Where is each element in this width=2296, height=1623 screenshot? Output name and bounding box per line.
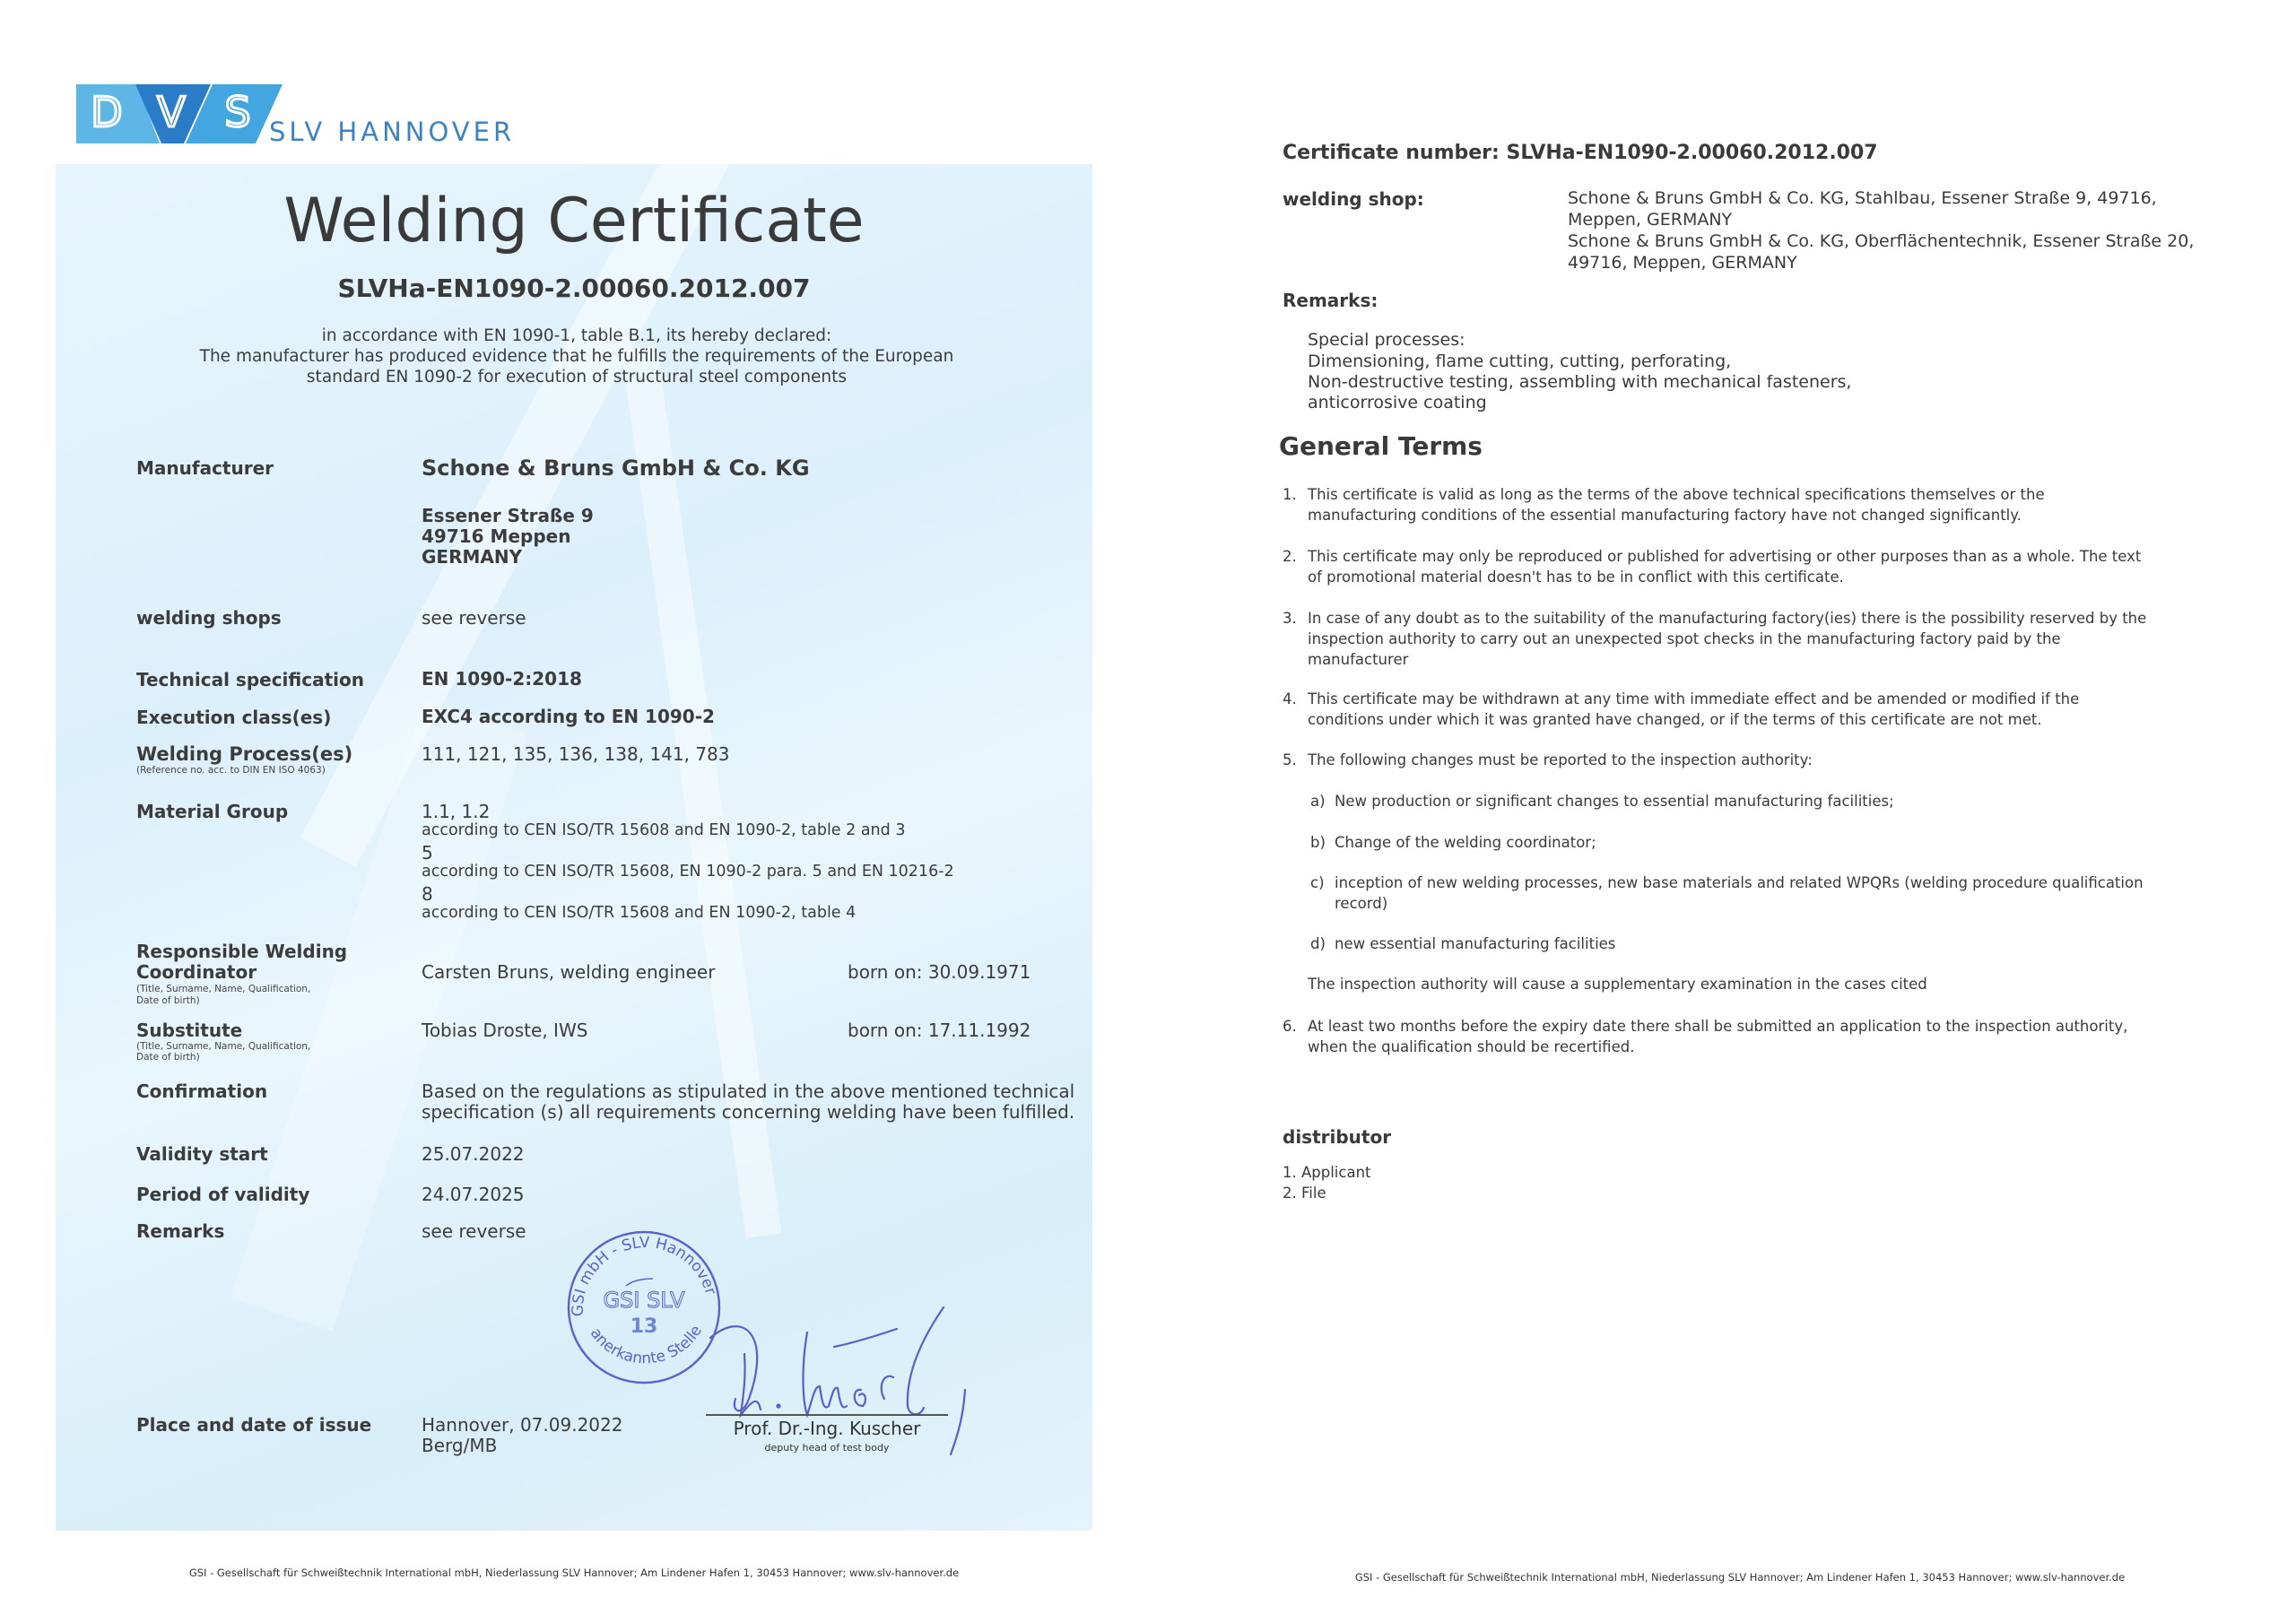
place-date-line: Hannover, 07.09.2022 [422, 1414, 622, 1436]
welding-shops-label: welding shops [136, 607, 282, 629]
subterm-line: Change of the welding coordinator; [1335, 834, 1596, 851]
certificate-number: SLVHa-EN1090-2.00060.2012.007 [56, 273, 1092, 303]
substitute-note: (Title, Surname, Name, Qualification, [136, 1041, 310, 1052]
welding-processes-note: (Reference no. acc. to DIN EN ISO 4063) [136, 765, 326, 776]
reverse-remarks-line: Non-destructive testing, assembling with… [1308, 372, 1851, 392]
subterm-letter: b) [1310, 834, 1326, 851]
term-line: This certificate may be withdrawn at any… [1308, 690, 2079, 707]
substitute-note: Date of birth) [136, 1052, 200, 1063]
term-number: 4. [1283, 690, 1297, 707]
material-group-label: Material Group [136, 801, 288, 822]
signatory-name: Prof. Dr.-Ing. Kuscher [706, 1418, 948, 1439]
coordinator-label: Coordinator [136, 961, 257, 983]
term-number: 2. [1283, 548, 1297, 565]
place-date-label: Place and date of issue [136, 1414, 371, 1436]
subterm-line: New production or significant changes to… [1335, 793, 1894, 810]
manufacturer-name: Schone & Bruns GmbH & Co. KG [422, 456, 810, 481]
reverse-remarks-line: Special processes: [1308, 330, 1465, 350]
term-line: This certificate may only be reproduced … [1308, 548, 2141, 565]
confirmation-line: Based on the regulations as stipulated i… [422, 1081, 1074, 1102]
execution-class-value: EXC4 according to EN 1090-2 [422, 706, 715, 727]
period-of-validity-label: Period of validity [136, 1184, 309, 1205]
manufacturer-label: Manufacturer [136, 457, 274, 479]
welding-shop-line: Schone & Bruns GmbH & Co. KG, Stahlbau, … [1568, 188, 2157, 208]
term-line: when the qualification should be recerti… [1308, 1038, 1634, 1055]
manufacturer-address-line: GERMANY [422, 546, 522, 568]
material-group-line: according to CEN ISO/TR 15608 and EN 109… [422, 821, 905, 839]
term-line: manufacturer [1308, 651, 1408, 668]
term-line: At least two months before the expiry da… [1308, 1018, 2127, 1035]
reverse-remarks-line: anticorrosive coating [1308, 393, 1487, 412]
substitute-birthdate: born on: 17.11.1992 [848, 1020, 1031, 1041]
manufacturer-address-line: 49716 Meppen [422, 525, 570, 547]
subterm-line: inception of new welding processes, new … [1335, 874, 2144, 891]
term-number: 3. [1283, 610, 1297, 627]
dvs-logo: D V S [76, 84, 283, 143]
execution-class-label: Execution class(es) [136, 707, 331, 728]
remarks-label: Remarks [136, 1220, 224, 1242]
coordinator-value: Carsten Bruns, welding engineer [422, 961, 715, 983]
material-group-line: according to CEN ISO/TR 15608, EN 1090-2… [422, 863, 954, 881]
substitute-label: Substitute [136, 1020, 242, 1041]
term-line: The following changes must be reported t… [1308, 751, 1813, 768]
distributor-item: 2. File [1283, 1185, 1326, 1202]
period-of-validity-value: 24.07.2025 [422, 1184, 525, 1205]
term-number: 5. [1283, 751, 1297, 768]
coordinator-birthdate: born on: 30.09.1971 [848, 961, 1031, 983]
subterm-line: new essential manufacturing facilities [1335, 935, 1615, 952]
substitute-value: Tobias Droste, IWS [422, 1020, 587, 1041]
reverse-remarks-label: Remarks: [1283, 290, 1378, 311]
term-line: In case of any doubt as to the suitabili… [1308, 610, 2146, 627]
coordinator-note: (Title, Surname, Name, Qualification, [136, 984, 310, 994]
welding-processes-label: Welding Process(es) [136, 743, 352, 765]
welding-shops-value: see reverse [422, 607, 526, 629]
manufacturer-address-line: Essener Straße 9 [422, 505, 594, 526]
welding-processes-value: 111, 121, 135, 136, 138, 141, 783 [422, 743, 730, 765]
reverse-page-footer: GSI - Gesellschaft für Schweißtechnik In… [1283, 1571, 2197, 1584]
reverse-remarks-line: Dimensioning, flame cutting, cutting, pe… [1308, 352, 1731, 371]
coordinator-note: Date of birth) [136, 995, 200, 1006]
term-line: of promotional material doesn't has to b… [1308, 568, 1844, 586]
term-line: conditions under which it was granted ha… [1308, 711, 2042, 728]
official-stamp: GSI mbH - SLV Hannover GSI SLV 13 anerka… [563, 1227, 725, 1388]
welding-shop-line: Schone & Bruns GmbH & Co. KG, Oberfläche… [1568, 231, 2194, 251]
validity-start-value: 25.07.2022 [422, 1143, 525, 1165]
subterm-letter: d) [1310, 935, 1326, 952]
material-group-line: 8 [422, 883, 433, 905]
general-terms-heading: General Terms [1279, 431, 1483, 461]
distributor-item: 1. Applicant [1283, 1164, 1371, 1181]
stamp-center-text: GSI SLV [604, 1288, 686, 1313]
term-line: This certificate is valid as long as the… [1308, 486, 2045, 503]
material-group-line: according to CEN ISO/TR 15608 and EN 109… [422, 904, 856, 922]
distributor-heading: distributor [1283, 1126, 1391, 1148]
term-number: 6. [1283, 1018, 1297, 1035]
logo-letter-s: S [224, 88, 250, 136]
signature-line [706, 1414, 948, 1416]
material-group-line: 5 [422, 842, 433, 864]
welding-shop-label: welding shop: [1283, 188, 1424, 210]
material-group-line: 1.1, 1.2 [422, 801, 490, 822]
page-footer: GSI - Gesellschaft für Schweißtechnik In… [56, 1567, 1092, 1579]
certificate-title: Welding Certificate [56, 186, 1092, 256]
validity-start-label: Validity start [136, 1143, 268, 1165]
confirmation-line: specification (s) all requirements conce… [422, 1101, 1074, 1123]
reverse-certificate-number: Certificate number: SLVHa-EN1090-2.00060… [1283, 142, 1878, 164]
logo-letter-d: D [91, 88, 122, 136]
intro-line: standard EN 1090-2 for execution of stru… [0, 368, 1153, 386]
logo-subtitle: SLV HANNOVER [269, 117, 515, 147]
technical-specification-label: Technical specification [136, 669, 364, 690]
logo-letter-v: V [157, 88, 186, 136]
term-line: manufacturing conditions of the essentia… [1308, 507, 2022, 524]
intro-line: in accordance with EN 1090-1, table B.1,… [0, 326, 1153, 345]
welding-shop-line: 49716, Meppen, GERMANY [1568, 253, 1797, 273]
intro-line: The manufacturer has produced evidence t… [0, 347, 1153, 366]
subterm-line: record) [1335, 895, 1387, 912]
remarks-value: see reverse [422, 1220, 526, 1242]
signatory-role: deputy head of test body [706, 1442, 948, 1454]
coordinator-label: Responsible Welding [136, 941, 347, 962]
term-line: inspection authority to carry out an une… [1308, 630, 2061, 647]
term-number: 1. [1283, 486, 1297, 503]
confirmation-label: Confirmation [136, 1081, 267, 1102]
stamp-number: 13 [631, 1315, 658, 1338]
technical-specification-value: EN 1090-2:2018 [422, 668, 582, 690]
welding-shop-line: Meppen, GERMANY [1568, 210, 1732, 230]
subterm-letter: a) [1310, 793, 1326, 810]
place-date-line: Berg/MB [422, 1435, 497, 1456]
subterm-note: The inspection authority will cause a su… [1308, 976, 1927, 993]
subterm-letter: c) [1310, 874, 1325, 891]
